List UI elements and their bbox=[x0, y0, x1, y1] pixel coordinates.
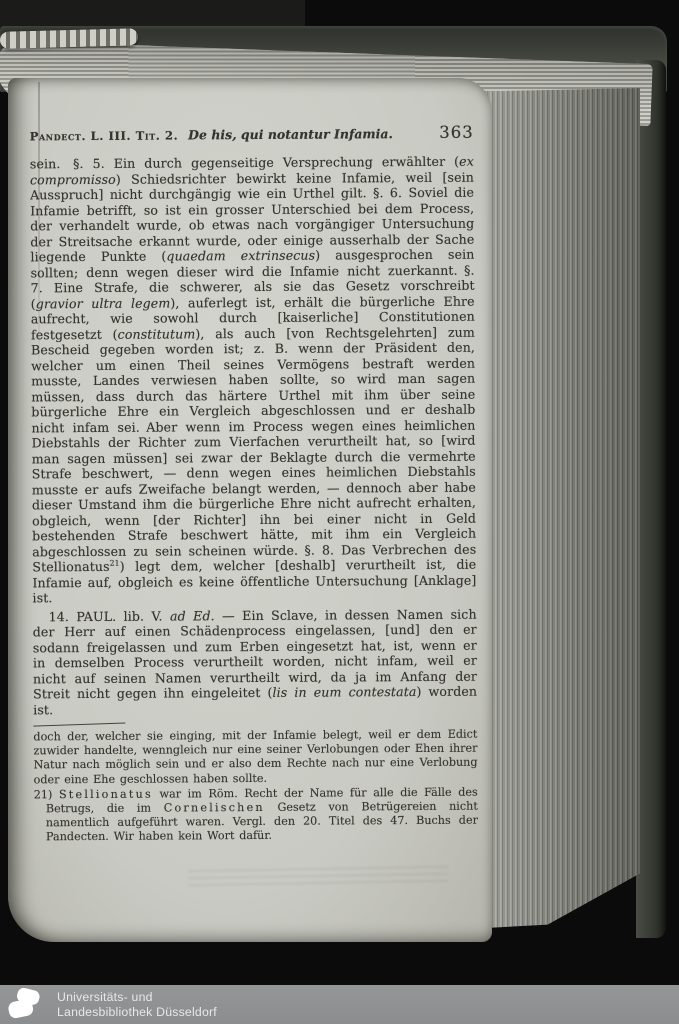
book-scan: Pandect. L. III. Tit. 2. De his, qui not… bbox=[0, 0, 679, 1024]
background-shadow bbox=[0, 0, 305, 28]
library-name-line2: Landesbibliothek Düsseldorf bbox=[57, 1005, 217, 1020]
paragraph-fragment-14-paul: 14. PAUL. lib. V. ad Ed. — Ein Sclave, i… bbox=[33, 606, 478, 717]
book-cover-right bbox=[636, 60, 666, 938]
fore-edge-pages bbox=[486, 88, 640, 928]
library-logo-icon bbox=[6, 988, 46, 1021]
page-number: 363 bbox=[439, 123, 474, 142]
footnote-21-stellionatus: 21) Stellionatus war im Röm. Recht der N… bbox=[34, 785, 478, 845]
footnote-separator-rule bbox=[33, 722, 125, 726]
footnotes-block: doch der, welcher sie einging, mit der I… bbox=[33, 728, 478, 845]
header-citation: Pandect. L. III. Tit. 2. bbox=[30, 128, 179, 143]
book-page: Pandect. L. III. Tit. 2. De his, qui not… bbox=[8, 78, 492, 942]
library-name-line1: Universitäts- und bbox=[57, 990, 217, 1005]
main-text-block: sein. §. 5. Ein durch gegenseitige Versp… bbox=[30, 154, 477, 718]
footnote-continuation: doch der, welcher sie einging, mit der I… bbox=[33, 728, 477, 788]
page-content: Pandect. L. III. Tit. 2. De his, qui not… bbox=[5, 77, 494, 944]
paragraph-section-5-to-8: sein. §. 5. Ein durch gegenseitige Versp… bbox=[30, 154, 477, 606]
library-name: Universitäts- und Landesbibliothek Düsse… bbox=[57, 990, 217, 1020]
page-corner-beads bbox=[0, 28, 138, 49]
header-chapter-title: De his, qui notantur Infamia. bbox=[188, 126, 429, 142]
running-header: Pandect. L. III. Tit. 2. De his, qui not… bbox=[30, 123, 474, 145]
library-stamp-bar: Universitäts- und Landesbibliothek Düsse… bbox=[0, 985, 679, 1024]
